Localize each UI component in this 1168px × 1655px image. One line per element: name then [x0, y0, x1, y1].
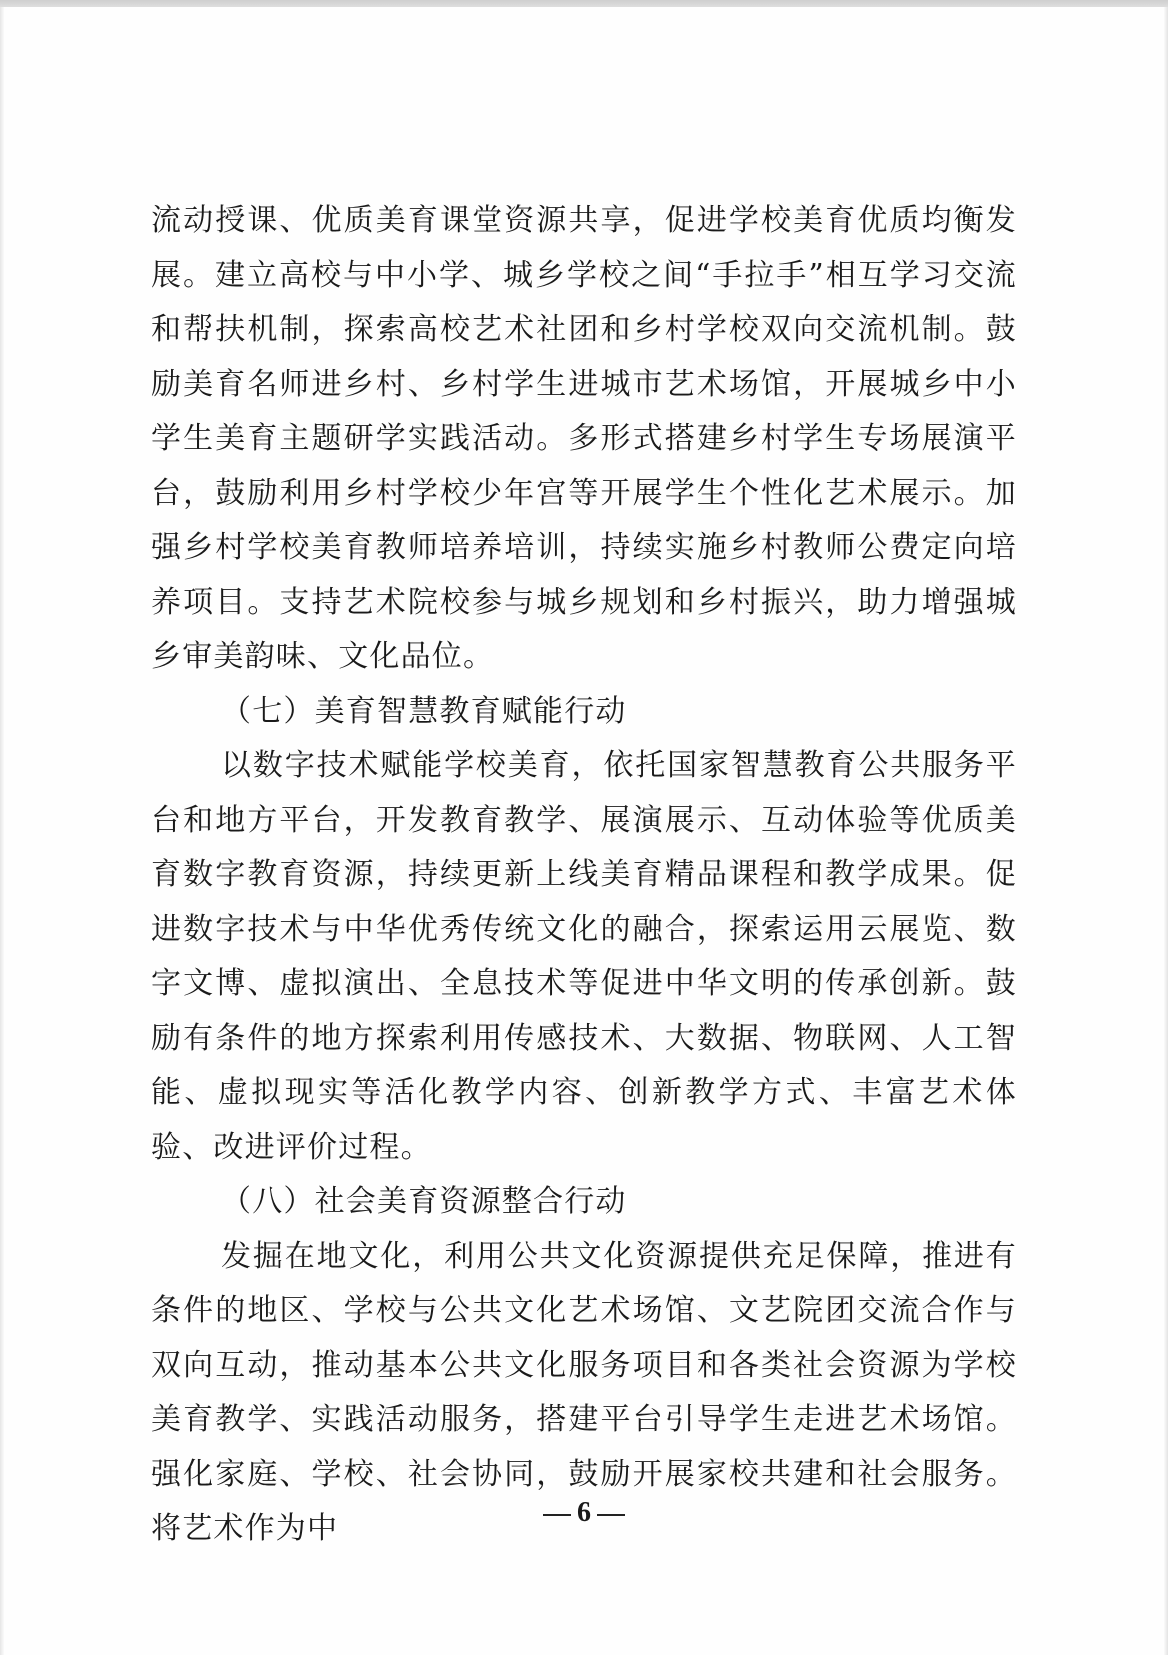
right-page-edge [1164, 7, 1168, 1655]
top-shadow-band [0, 0, 1168, 7]
document-viewport: 流动授课、优质美育课堂资源共享，促进学校美育优质均衡发展。建立高校与中小学、城乡… [0, 0, 1168, 1655]
paragraph-digital-empowerment: 以数字技术赋能学校美育，依托国家智慧教育公共服务平台和地方平台，开发教育教学、展… [151, 739, 1017, 1175]
footer-dash-left [543, 1514, 571, 1516]
page-body: 流动授课、优质美育课堂资源共享，促进学校美育优质均衡发展。建立高校与中小学、城乡… [151, 194, 1017, 1557]
page-footer: 6 [0, 1497, 1168, 1529]
page-number: 6 [577, 1497, 591, 1528]
left-page-edge [0, 7, 4, 1655]
section-heading-8: （八）社会美育资源整合行动 [151, 1175, 1017, 1230]
paragraph-rural-exchange: 流动授课、优质美育课堂资源共享，促进学校美育优质均衡发展。建立高校与中小学、城乡… [151, 194, 1017, 685]
section-heading-7: （七）美育智慧教育赋能行动 [151, 685, 1017, 740]
footer-dash-right [597, 1514, 625, 1516]
